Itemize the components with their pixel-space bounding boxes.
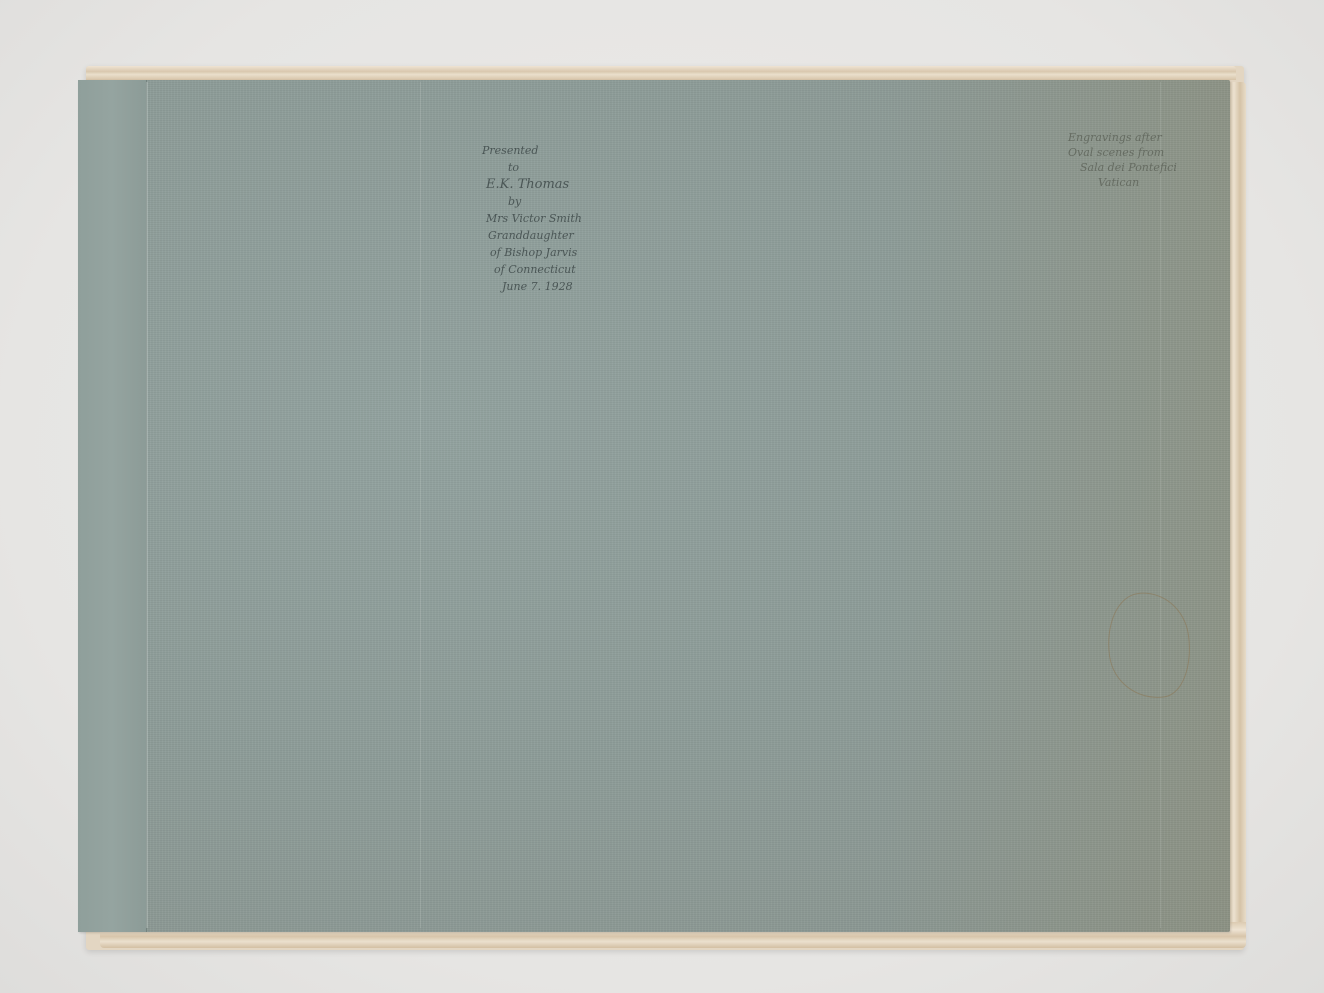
inscription-date: June 7. 1928 (478, 278, 618, 295)
inscription-line: Granddaughter (478, 227, 618, 244)
page-edges-top (86, 66, 1236, 80)
inscription-line: Oval scenes from (1068, 145, 1238, 160)
spine-fold (146, 82, 148, 928)
inscription-line: E.K. Thomas (478, 176, 618, 193)
paper-crease (420, 82, 421, 928)
inscription-line: Mrs Victor Smith (478, 210, 618, 227)
presentation-inscription: Presented to E.K. Thomas by Mrs Victor S… (478, 142, 618, 295)
inscription-line: to (478, 159, 618, 176)
inscription-line: by (478, 193, 618, 210)
inscription-line: of Connecticut (478, 261, 618, 278)
paper-crease (1160, 82, 1161, 928)
folder-cover (78, 80, 1230, 932)
inscription-line: Engravings after (1068, 130, 1238, 145)
title-inscription: Engravings after Oval scenes from Sala d… (1068, 130, 1238, 190)
inscription-line: of Bishop Jarvis (478, 244, 618, 261)
inscription-line: Vatican (1068, 175, 1238, 190)
spine-flap (78, 80, 147, 932)
inscription-line: Presented (478, 142, 618, 159)
inscription-line: Sala dei Pontefici (1068, 160, 1238, 175)
